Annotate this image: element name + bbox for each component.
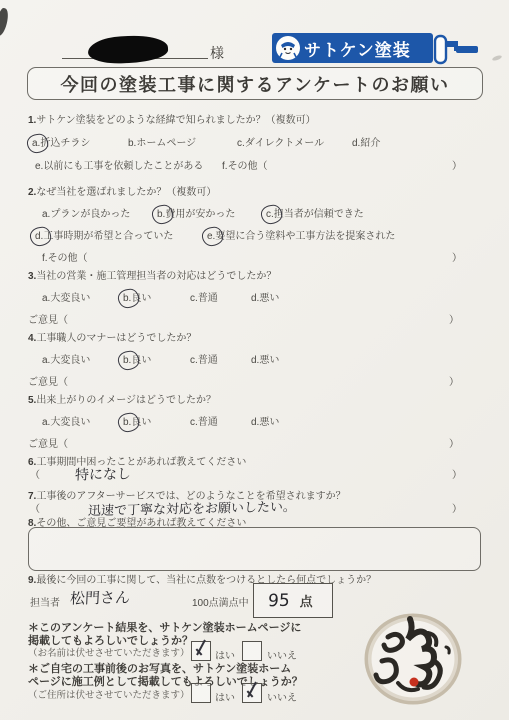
free-comment-box[interactable]: [28, 527, 481, 571]
option-q2-e[interactable]: e.要望に合う塗料や工事方法を提案された: [207, 227, 395, 242]
handwritten-staff-name: 松門さん: [69, 586, 130, 608]
staff-label: 担当者: [30, 594, 60, 609]
option-q2-b[interactable]: b.費用が安かった: [157, 205, 235, 220]
scale-label: 100点満点中: [192, 594, 249, 609]
option-q1-d[interactable]: d.紹介: [352, 134, 380, 149]
question-1-options-row-1: a.折込チラシ b.ホームページ c.ダイレクトメール d.紹介: [0, 134, 509, 152]
scan-smudge: [492, 54, 503, 61]
option-q5-d[interactable]: d.悪い: [251, 413, 279, 428]
question-5-comment: ご意見（ ）: [0, 435, 509, 453]
question-2-options-row-3: f.その他（ ）: [0, 249, 509, 267]
question-3: 3.当社の営業・施工管理担当者の対応はどうでしたか？: [0, 267, 509, 285]
question-4-comment: ご意見（ ）: [0, 373, 509, 391]
option-q2-f[interactable]: f.その他（: [42, 249, 88, 264]
question-1-options-row-2: e.以前にも工事を依頼したことがある f.その他（ ）: [0, 157, 509, 175]
question-5: 5.出来上がりのイメージはどうでしたか？: [0, 391, 509, 409]
handwritten-answer-q6: 特になし: [75, 463, 132, 484]
handwritten-score: 95: [268, 590, 291, 610]
satoken-logo: サトケン塗装: [272, 33, 433, 63]
option-q3-b[interactable]: b.良い: [123, 289, 151, 304]
question-4-options: a.大変良い b.良い c.普通 d.悪い: [0, 351, 509, 369]
option-q5-b[interactable]: b.良い: [123, 413, 151, 428]
brand-name: サトケン塗装: [304, 36, 411, 61]
question-4: 4.工事職人のマナーはどうでしたか？: [0, 329, 509, 347]
redacted-name: [87, 34, 168, 65]
question-6-answer-line[interactable]: （ 特になし ）: [0, 466, 509, 486]
option-q1-a[interactable]: a.折込チラシ: [32, 134, 90, 149]
option-q3-d[interactable]: d.悪い: [251, 289, 279, 304]
consent-1-yes-checkbox[interactable]: [191, 641, 211, 661]
option-q2-d[interactable]: d.工事時期が希望と合っていた: [35, 227, 173, 242]
option-q4-c[interactable]: c.普通: [190, 351, 218, 366]
score-box[interactable]: 95 点: [253, 583, 333, 618]
gratitude-stamp: [358, 603, 468, 718]
option-q3-a[interactable]: a.大変良い: [42, 289, 90, 304]
consent-1-no-checkbox[interactable]: [242, 641, 262, 661]
question-1: 1.サトケン塗装をどのような経緯で知られましたか？（複数可）: [0, 111, 509, 129]
score-unit: 点: [300, 591, 313, 610]
question-2-options-row-1: a.プランが良かった b.費用が安かった c.担当者が信頼できた: [0, 205, 509, 223]
consent-2-no-label: いいえ: [267, 689, 297, 704]
question-2: 2.なぜ当社を選ばれましたか？（複数可）: [0, 183, 509, 201]
consent-2-no-checkbox[interactable]: [242, 683, 262, 703]
check-icon: [244, 680, 266, 704]
question-3-comment: ご意見（ ）: [0, 311, 509, 329]
option-q2-c[interactable]: c.担当者が信頼できた: [266, 205, 364, 220]
question-2-options-row-2: d.工事時期が希望と合っていた e.要望に合う塗料や工事方法を提案された: [0, 227, 509, 245]
option-q3-c[interactable]: c.普通: [190, 289, 218, 304]
question-5-options: a.大変良い b.良い c.普通 d.悪い: [0, 413, 509, 431]
option-q1-f[interactable]: f.その他（: [222, 157, 268, 172]
option-q5-a[interactable]: a.大変良い: [42, 413, 90, 428]
scan-smudge: [0, 7, 10, 37]
question-3-options: a.大変良い b.良い c.普通 d.悪い: [0, 289, 509, 307]
option-q1-e[interactable]: e.以前にも工事を依頼したことがある: [35, 157, 203, 172]
option-q5-c[interactable]: c.普通: [190, 413, 218, 428]
option-q2-a[interactable]: a.プランが良かった: [42, 205, 130, 220]
option-q4-b[interactable]: b.良い: [123, 351, 151, 366]
check-icon: [193, 638, 215, 662]
option-q4-d[interactable]: d.悪い: [251, 351, 279, 366]
survey-scan-page: 様 サトケン塗装 今回の塗装工事に関するアンケートのお願い 1.サトケン塗装をど…: [0, 0, 509, 720]
option-q4-a[interactable]: a.大変良い: [42, 351, 90, 366]
honorific-sama: 様: [210, 43, 224, 63]
option-q1-c[interactable]: c.ダイレクトメール: [237, 134, 324, 149]
consent-2-yes-checkbox[interactable]: [191, 683, 211, 703]
consent-2-yes-label: はい: [215, 689, 235, 704]
survey-title-box: 今回の塗装工事に関するアンケートのお願い: [27, 67, 483, 100]
survey-title: 今回の塗装工事に関するアンケートのお願い: [61, 71, 450, 97]
mascot-icon: [276, 36, 300, 60]
option-q1-b[interactable]: b.ホームページ: [128, 134, 196, 149]
